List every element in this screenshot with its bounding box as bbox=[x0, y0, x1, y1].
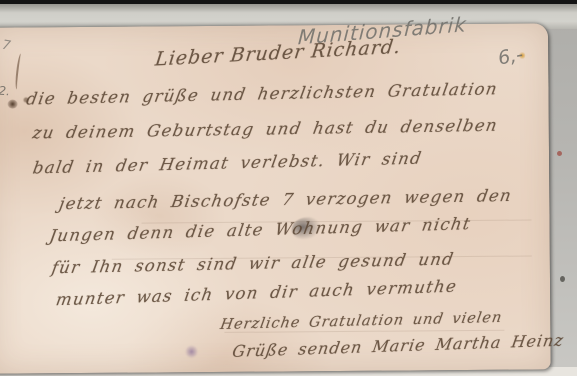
pencil-price-annotation: 6,- bbox=[496, 43, 525, 69]
handwriting-line: die besten grüße und herzlichsten Gratul… bbox=[25, 79, 500, 108]
handwriting-line: für Ihn sonst sind wir alle gesund und bbox=[50, 249, 456, 277]
salutation-line: Lieber Bruder Richard. bbox=[154, 36, 403, 71]
red-speck bbox=[557, 151, 562, 156]
margin-pencil-mark-bottom: 2. bbox=[0, 84, 10, 99]
handwriting-line: zu deinem Geburtstag und hast du denselb… bbox=[31, 116, 499, 143]
brown-ink-blob bbox=[8, 100, 18, 109]
dark-speck bbox=[560, 276, 565, 282]
handwriting-line: bald in der Heimat verlebst. Wir sind bbox=[32, 149, 424, 178]
violet-ink-blot bbox=[185, 345, 199, 358]
handwriting-line: munter was ich von dir auch vermuthe bbox=[55, 277, 459, 310]
signature-line: Grüße senden Marie Martha Heinz bbox=[231, 331, 565, 361]
postcard: 7 2. Munitionsfabrik 6,- Lieber Bruder R… bbox=[0, 23, 551, 373]
margin-pencil-mark-top: 7 bbox=[1, 38, 12, 54]
handwriting-line: Jungen denn die alte Wohnung war nicht bbox=[48, 214, 472, 245]
scanned-postcard-image: 7 2. Munitionsfabrik 6,- Lieber Bruder R… bbox=[0, 0, 577, 376]
margin-ink-stroke bbox=[14, 53, 23, 89]
handwriting-line: jetzt nach Bischofste 7 verzogen wegen d… bbox=[58, 186, 514, 213]
